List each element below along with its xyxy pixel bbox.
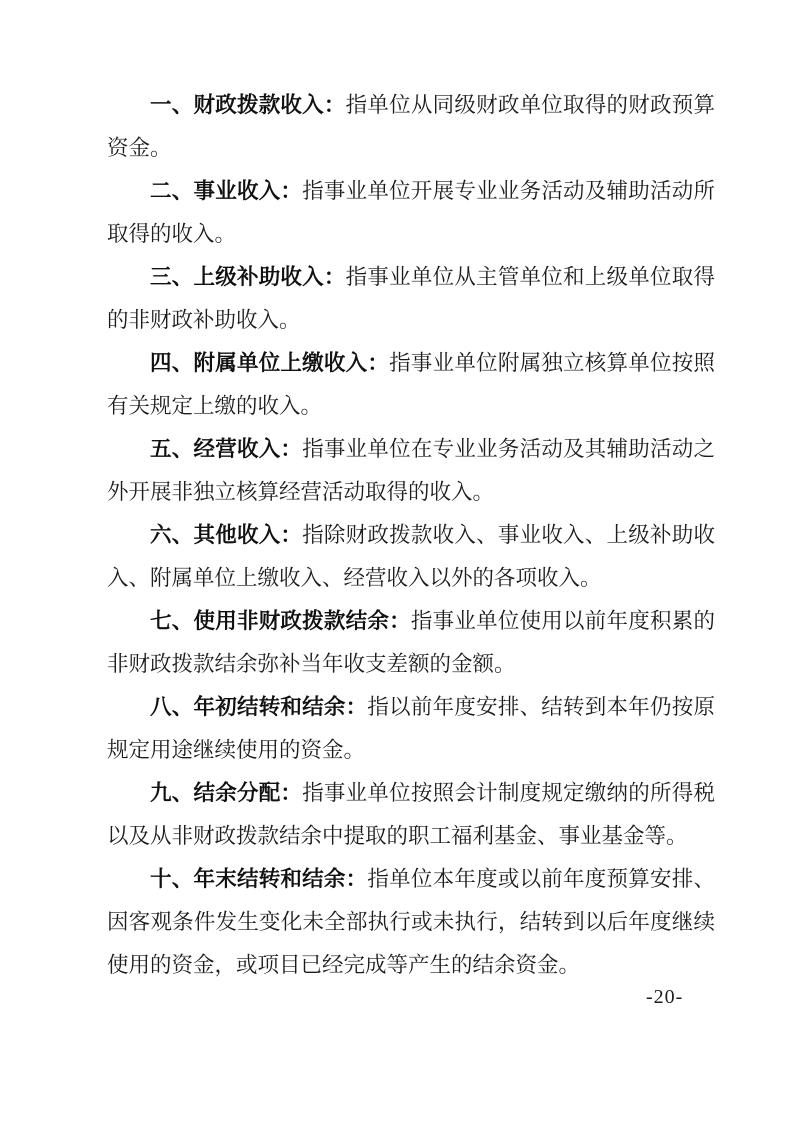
definition-paragraph: 五、经营收入：指事业单位在专业业务活动及其辅助活动之外开展非独立核算经营活动取得… bbox=[107, 428, 715, 514]
definition-paragraph: 六、其他收入：指除财政拨款收入、事业收入、上级补助收入、附属单位上缴收入、经营收… bbox=[107, 514, 715, 600]
term-label: 九、结余分配： bbox=[150, 781, 302, 805]
definition-paragraph: 八、年初结转和结余：指以前年度安排、结转到本年仍按原规定用途继续使用的资金。 bbox=[107, 686, 715, 772]
term-label: 六、其他收入： bbox=[150, 523, 302, 547]
page-number: -20- bbox=[646, 986, 683, 1009]
term-label: 十、年末结转和结余： bbox=[150, 867, 367, 891]
document-page: 一、财政拨款收入：指单位从同级财政单位取得的财政预算资金。 二、事业收入：指事业… bbox=[0, 0, 793, 1122]
term-label: 三、上级补助收入： bbox=[150, 265, 346, 289]
definition-paragraph: 二、事业收入：指事业单位开展专业业务活动及辅助活动所取得的收入。 bbox=[107, 170, 715, 256]
term-label: 一、财政拨款收入： bbox=[150, 93, 346, 117]
definition-paragraph: 十、年末结转和结余：指单位本年度或以前年度预算安排、因客观条件发生变化未全部执行… bbox=[107, 858, 715, 987]
term-label: 八、年初结转和结余： bbox=[150, 695, 367, 719]
definition-paragraph: 四、附属单位上缴收入：指事业单位附属独立核算单位按照有关规定上缴的收入。 bbox=[107, 342, 715, 428]
definitions-list: 一、财政拨款收入：指单位从同级财政单位取得的财政预算资金。 二、事业收入：指事业… bbox=[107, 84, 715, 987]
definition-paragraph: 九、结余分配：指事业单位按照会计制度规定缴纳的所得税以及从非财政拨款结余中提取的… bbox=[107, 772, 715, 858]
definition-paragraph: 七、使用非财政拨款结余：指事业单位使用以前年度积累的非财政拨款结余弥补当年收支差… bbox=[107, 600, 715, 686]
term-label: 四、附属单位上缴收入： bbox=[150, 351, 389, 375]
term-label: 五、经营收入： bbox=[150, 437, 302, 461]
term-label: 二、事业收入： bbox=[150, 179, 302, 203]
definition-paragraph: 一、财政拨款收入：指单位从同级财政单位取得的财政预算资金。 bbox=[107, 84, 715, 170]
term-label: 七、使用非财政拨款结余： bbox=[150, 609, 411, 633]
definition-paragraph: 三、上级补助收入：指事业单位从主管单位和上级单位取得的非财政补助收入。 bbox=[107, 256, 715, 342]
